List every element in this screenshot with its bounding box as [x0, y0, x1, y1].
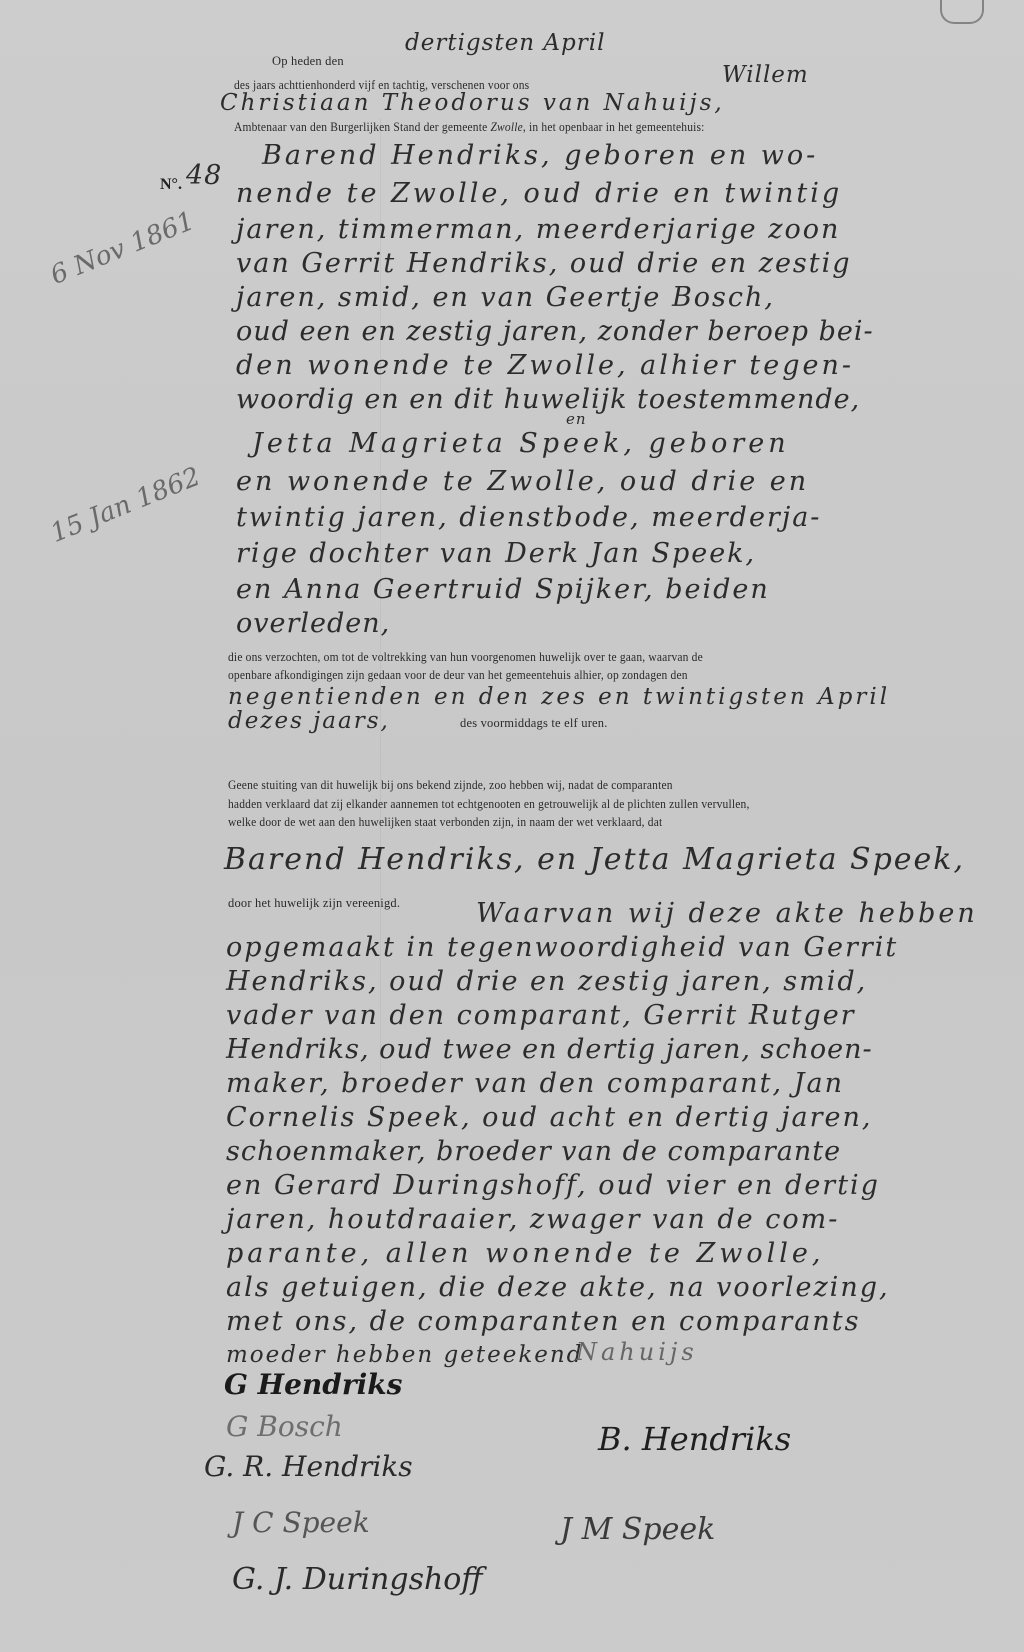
bride-connector: en [566, 410, 587, 428]
margin-note-bride-birth: 15 Jan 1862 [46, 462, 204, 549]
bride-line-1: Jetta Magrieta Speek, geboren [252, 428, 790, 459]
groom-line-2: nende te Zwolle, oud drie en twintig [236, 178, 842, 209]
declaration-print-3: welke door de wet aan den huwelijken sta… [228, 815, 662, 830]
witness-line-12: als getuigen, die deze akte, na voorlezi… [226, 1272, 890, 1303]
header-place: Zwolle [490, 120, 522, 134]
proclamation-print-3: des voormiddags te elf uren. [460, 716, 608, 731]
witness-line-13: met ons, de comparanten en comparants [226, 1306, 861, 1337]
header-hand-date: dertigsten April [405, 30, 605, 56]
header-print-gemeentehuis: , in het openbaar in het gemeentehuis: [523, 120, 705, 134]
header-print-op-heden: Op heden den [272, 54, 344, 69]
groom-line-7: den wonende te Zwolle, alhier tegen- [236, 350, 854, 381]
signature-registrar-nahuijs: Nahuijs [576, 1338, 698, 1366]
declaration-print-2: hadden verklaard dat zij elkander aannem… [228, 797, 750, 812]
witness-line-11: parante, allen wonende te Zwolle, [226, 1238, 824, 1269]
witness-line-14: moeder hebben geteekend [226, 1342, 583, 1368]
signature-j-m-speek: J M Speek [560, 1512, 715, 1547]
declaration-print-4: door het huwelijk zijn vereenigd. [228, 896, 400, 911]
witness-line-6: maker, broeder van den comparant, Jan [226, 1068, 844, 1099]
bride-line-2: en wonende te Zwolle, oud drie en [236, 466, 809, 497]
proclamation-hand-dates: negentienden en den zes en twintigsten A… [228, 684, 890, 710]
record-number: 48 [186, 160, 222, 191]
header-print-ambtenaar: Ambtenaar van den Burgerlijken Stand der… [234, 120, 705, 135]
record-number-label: N°. [160, 176, 182, 194]
margin-note-groom-birth: 6 Nov 1861 [46, 206, 198, 291]
signature-g-bosch: G Bosch [226, 1410, 343, 1443]
groom-line-5: jaren, smid, en van Geertje Bosch, [236, 282, 775, 313]
header-print-ambtenaar-text: Ambtenaar van den Burgerlijken Stand der… [234, 120, 487, 134]
witness-line-8: schoenmaker, broeder van de comparante [226, 1136, 841, 1167]
witness-line-7: Cornelis Speek, oud acht en dertig jaren… [226, 1102, 873, 1133]
witness-line-4: vader van den comparant, Gerrit Rutger [226, 1000, 856, 1031]
bride-line-6: overleden, [236, 608, 390, 639]
witness-line-10: jaren, houtdraaier, zwager van de com- [226, 1204, 839, 1235]
witness-line-9: en Gerard Duringshoff, oud vier en derti… [226, 1170, 880, 1201]
proclamation-print-2: openbare afkondigingen zijn gedaan voor … [228, 668, 688, 683]
witness-line-5: Hendriks, oud twee en dertig jaren, scho… [226, 1034, 873, 1065]
witness-line-1: Waarvan wij deze akte hebben [476, 898, 978, 929]
groom-line-4: van Gerrit Hendriks, oud drie en zestig [236, 248, 852, 279]
certificate-page: Op heden den dertigsten April des jaars … [0, 0, 1024, 1652]
bride-line-3: twintig jaren, dienstbode, meerderja- [236, 502, 821, 533]
groom-line-1: Barend Hendriks, geboren en wo- [262, 140, 818, 171]
signature-g-r-hendriks: G. R. Hendriks [204, 1450, 413, 1483]
header-hand-registrar-first: Willem [722, 62, 809, 88]
signature-g-hendriks: G Hendriks [224, 1368, 402, 1401]
groom-line-6: oud een en zestig jaren, zonder beroep b… [236, 316, 874, 347]
groom-line-3: jaren, timmerman, meerderjarige zoon [236, 214, 840, 245]
groom-line-8: woordig en en dit huwelijk toestemmende, [236, 384, 860, 415]
witness-line-3: Hendriks, oud drie en zestig jaren, smid… [226, 966, 867, 997]
page-corner-mark [940, 0, 984, 24]
header-hand-registrar-name: Christiaan Theodorus van Nahuijs, [220, 90, 725, 116]
bride-line-4: rige dochter van Derk Jan Speek, [236, 538, 756, 569]
proclamation-hand-year: dezes jaars, [228, 708, 390, 734]
signature-g-j-duringshoff: G. J. Duringshoff [232, 1562, 483, 1597]
proclamation-print-1: die ons verzochten, om tot de voltrekkin… [228, 650, 703, 665]
signature-j-c-speek: J C Speek [232, 1506, 370, 1539]
declaration-hand-couple: Barend Hendriks, en Jetta Magrieta Speek… [224, 842, 965, 877]
declaration-print-1: Geene stuiting van dit huwelijk bij ons … [228, 778, 673, 793]
witness-line-2: opgemaakt in tegenwoordigheid van Gerrit [226, 932, 898, 963]
bride-line-5: en Anna Geertruid Spijker, beiden [236, 574, 770, 605]
signature-b-hendriks: B. Hendriks [598, 1420, 791, 1458]
